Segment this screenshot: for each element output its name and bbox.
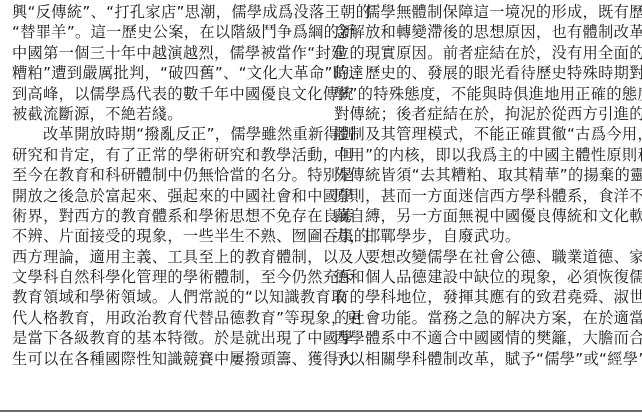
text-line: 中國第一個三十年中越演越烈，儒學被當作“封建: [12, 43, 308, 63]
text-line: 原則，甚而一方面迷信西方學科體系，食洋不化，作: [334, 186, 630, 206]
text-line: 不辨、片面接受的現象，一些半生不熟、囫圇吞棗的: [12, 226, 308, 246]
text-line: 體制及其管理模式，不能正確貫徹“古爲今用，洋爲: [334, 124, 630, 144]
paragraph-start-line: 改革開放時期“撥亂反正”，儒學雖然重新得到: [12, 124, 308, 144]
text-line: “替罪羊”。這一歷史公案，在以階級鬥争爲綱的新: [12, 22, 308, 42]
text-line: 生可以在各種國際性知識競賽中屢撥頭籌、獲得大: [12, 349, 308, 369]
text-line: 中用”的内核，即以我爲主的中國主體性原則和中: [334, 145, 630, 165]
text-line: 興“反傳統”、“打孔家店”思潮，儒學成爲没落王朝的: [12, 2, 308, 22]
text-line: 力，邯鄲學步，自廢武功。: [334, 226, 630, 246]
text-line: 念解放和轉變滯後的思想原因，也有體制改革不到: [334, 22, 630, 42]
text-line: 繭自縛，另一方面無視中國優良傳統和文化軟實: [334, 206, 630, 226]
text-line: 教育領域和學術領域。人們常説的“以知識教育取: [12, 287, 308, 307]
text-line: 位的現實原因。前者症結在於，没有用全面的、辯證: [334, 43, 630, 63]
page-bottom-rule: [0, 410, 642, 412]
text-line: 代人格教育，用政治教育代替品德教育”等現象，更: [12, 308, 308, 328]
paragraph-start-line: 要想改變儒學在社會公德、職業道德、家庭美: [334, 247, 630, 267]
text-line: 德和個人品德建設中缺位的現象，必須恢復儒學固: [334, 267, 630, 287]
text-line: 糟粕”遭到嚴厲批判，“破四舊”、“文化大革命”時達: [12, 63, 308, 83]
text-line: 是當下各級教育的基本特徵。於是就出現了中國學: [12, 328, 308, 348]
text-line: 文學科自然科學化管理的學術體制，至今仍然充斥: [12, 267, 308, 287]
text-line: 至今在教育和科研體制中仍無恰當的名分。特别是: [12, 165, 308, 185]
text-line: 開放之後急於富起來、强起來的中國社會和中國學: [12, 186, 308, 206]
text-line: 的社會功能。當務之急的解决方案，在於適當突破: [334, 308, 630, 328]
text-line: 研究和肯定，有了正常的學術研究和教學活動，但: [12, 145, 308, 165]
text-line: 予以相關學科體制改革，賦予“儒學”或“經學”以獨: [334, 349, 630, 369]
text-line: 外傳統皆須“去其糟粕、取其精華”的揚棄的靈活性: [334, 165, 630, 185]
text-line: 有的學科地位，發揮其應有的致君堯舜、淑世濟人: [334, 287, 630, 307]
text-line: 西方理論，適用主義、工具至上的教育體制，以及人: [12, 247, 308, 267]
text-line: 到高峰，以儒學爲代表的數千年中國優良文化傳統: [12, 84, 308, 104]
left-column: 興“反傳統”、“打孔家店”思潮，儒學成爲没落王朝的 “替罪羊”。這一歷史公案，在…: [12, 2, 308, 369]
text-line: 西學體系中不適合中國國情的樊籬，大膽而合理地: [334, 328, 630, 348]
text-line: 對傳統；後者症結在於，拘泥於從西方引進的學科: [334, 104, 630, 124]
text-line: 被截流斷源，不絶若綫。: [12, 104, 308, 124]
text-line: 術界，對西方的教育體系和學術思想不免存在良莠: [12, 206, 308, 226]
text-line: 的、歷史的、發展的眼光看待歷史特殊時期對“儒: [334, 63, 630, 83]
paragraph-start-line: 儒學無體制保障這一境况的形成，既有歷史觀: [334, 2, 630, 22]
text-line: 學”的特殊態度，不能與時俱進地用正確的態度面: [334, 84, 630, 104]
right-column: 儒學無體制保障這一境况的形成，既有歷史觀 念解放和轉變滯後的思想原因，也有體制改…: [334, 2, 630, 369]
